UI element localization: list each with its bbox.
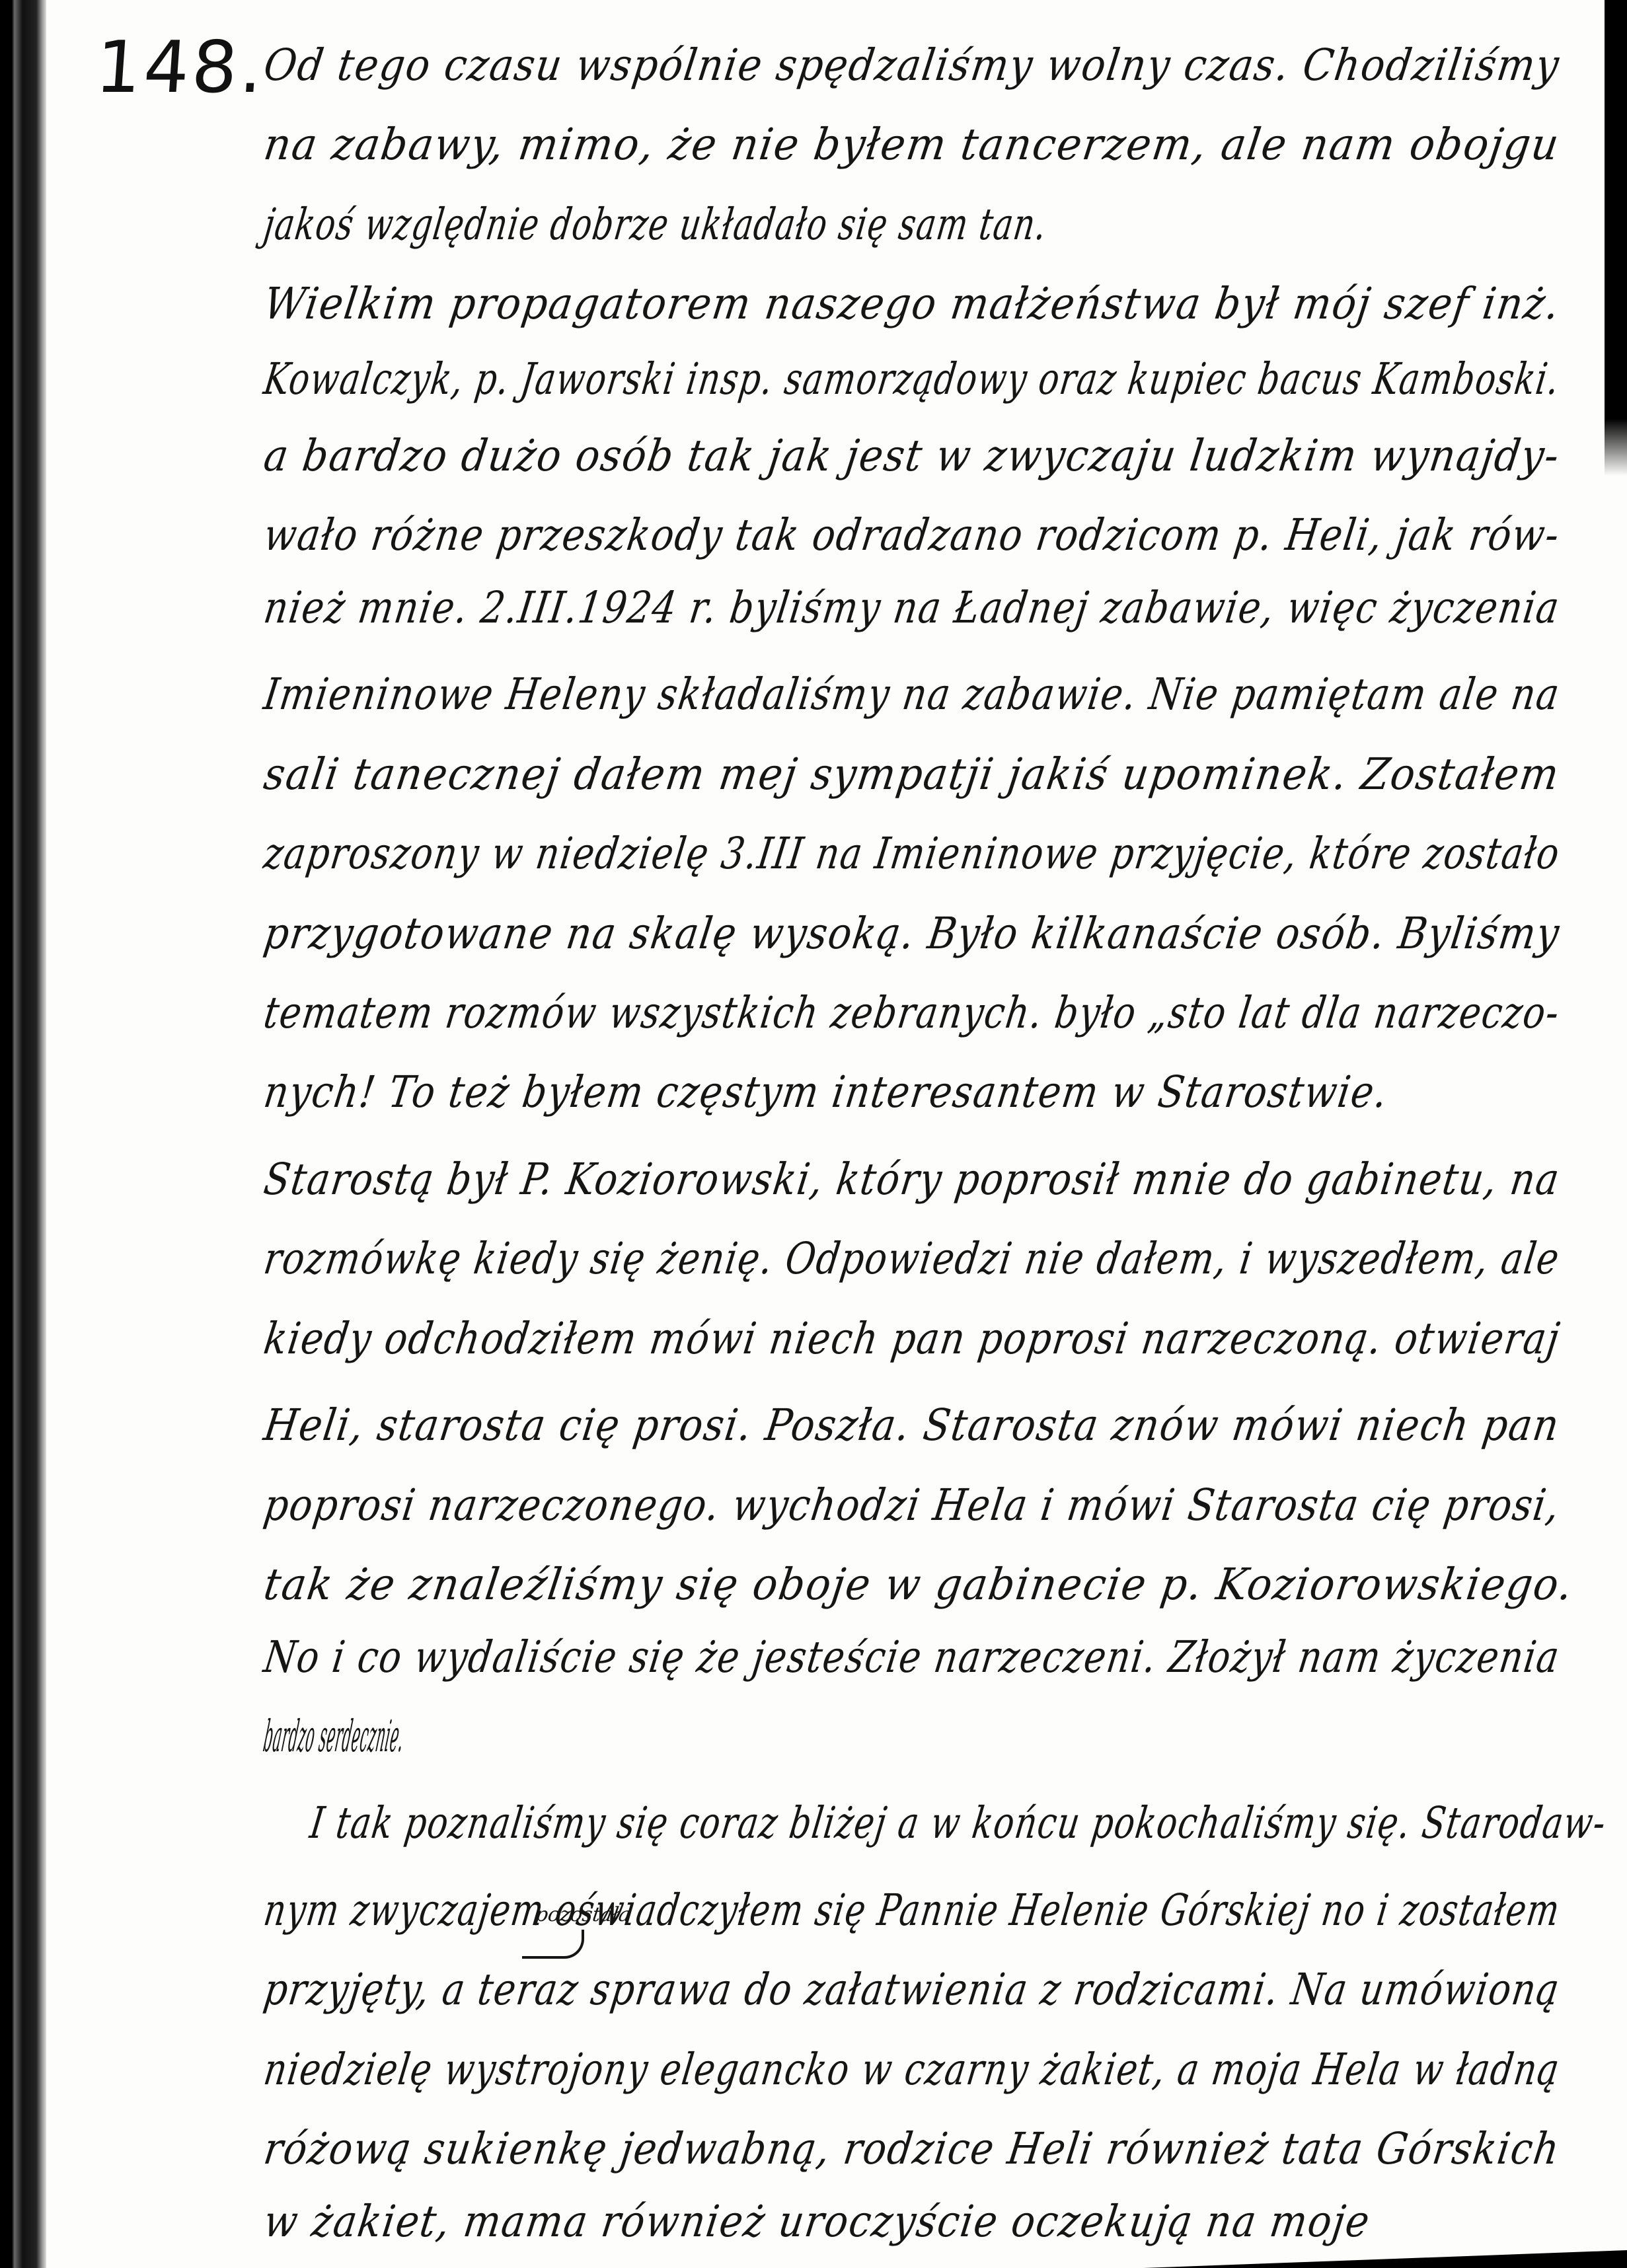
page-edge-shadow (1605, 0, 1627, 476)
manuscript-line: tak że znaleźliśmy się oboje w gabinecie… (261, 1563, 1478, 1606)
manuscript-line: Wielkim propagatorem naszego małżeństwa … (261, 282, 1447, 326)
manuscript-line: nych! To też byłem częstym interesantem … (261, 1071, 1384, 1114)
manuscript-line: przygotowane na skalę wysoką. Było kilka… (261, 912, 1410, 956)
manuscript-line: a bardzo dużo osób tak jak jest w zwycza… (261, 434, 1443, 478)
page-number: 148. (93, 26, 268, 109)
manuscript-line: bardzo serdecznie. (261, 1715, 677, 1758)
scanned-page: 148. Od tego czasu wspólnie spędzaliśmy … (0, 0, 1627, 2268)
insertion-mark (522, 1930, 584, 1959)
manuscript-line: Starostą był P. Koziorowski, który popro… (261, 1158, 1385, 1201)
manuscript-line: wało różne przeszkody tak odradzano rodz… (261, 513, 1384, 557)
manuscript-line: rozmówkę kiedy się żenię. Odpowiedzi nie… (261, 1237, 1342, 1281)
manuscript-line: w żakiet, mama również uroczyście oczeku… (261, 2200, 1417, 2244)
binding-shadow (0, 0, 46, 2268)
page-edge-shadow-bottom (1143, 2249, 1627, 2268)
manuscript-line: jakoś względnie dobrze układało się sam … (261, 203, 1225, 246)
manuscript-line: zaproszony w niedzielę 3.III na Imienino… (261, 832, 1332, 876)
manuscript-line: przyjęty, a teraz sprawa do załatwienia … (261, 1968, 1351, 2012)
manuscript-line: Kowalczyk, p. Jaworski insp. samorządowy… (261, 358, 1259, 401)
manuscript-line: Od tego czasu wspólnie spędzaliśmy wolny… (261, 44, 1438, 87)
manuscript-line: I tak poznaliśmy się coraz bliżej a w ko… (307, 1801, 1310, 1845)
interlinear-insertion: pozostała (534, 1903, 632, 1926)
manuscript-line: nież mnie. 2.III.1924 r. byliśmy na Ładn… (261, 586, 1363, 630)
manuscript-line: niedzielę wystrojony elegancko w czarny … (261, 2048, 1303, 2092)
manuscript-line: poprosi narzeczonego. wychodzi Hela i mó… (261, 1484, 1390, 1527)
manuscript-line: Imieninowe Heleny składaliśmy na zabawie… (261, 673, 1363, 716)
manuscript-line: na zabawy, mimo, że nie byłem tancerzem,… (261, 123, 1492, 167)
manuscript-line: kiedy odchodziłem mówi niech pan poprosi… (261, 1317, 1379, 1361)
manuscript-line: nym zwyczajem oświadczyłem się Pannie He… (261, 1889, 1262, 1932)
manuscript-line: różową sukienkę jedwabną, rodzice Heli r… (261, 2127, 1406, 2171)
manuscript-line: Heli, starosta cię prosi. Poszła. Staros… (261, 1404, 1419, 1447)
manuscript-line: tematem rozmów wszystkich zebranych. był… (261, 991, 1337, 1035)
manuscript-line: sali tanecznej dałem mej sympatji jakiś … (261, 753, 1462, 796)
manuscript-line: No i co wydaliście się że jesteście narz… (261, 1636, 1343, 1679)
